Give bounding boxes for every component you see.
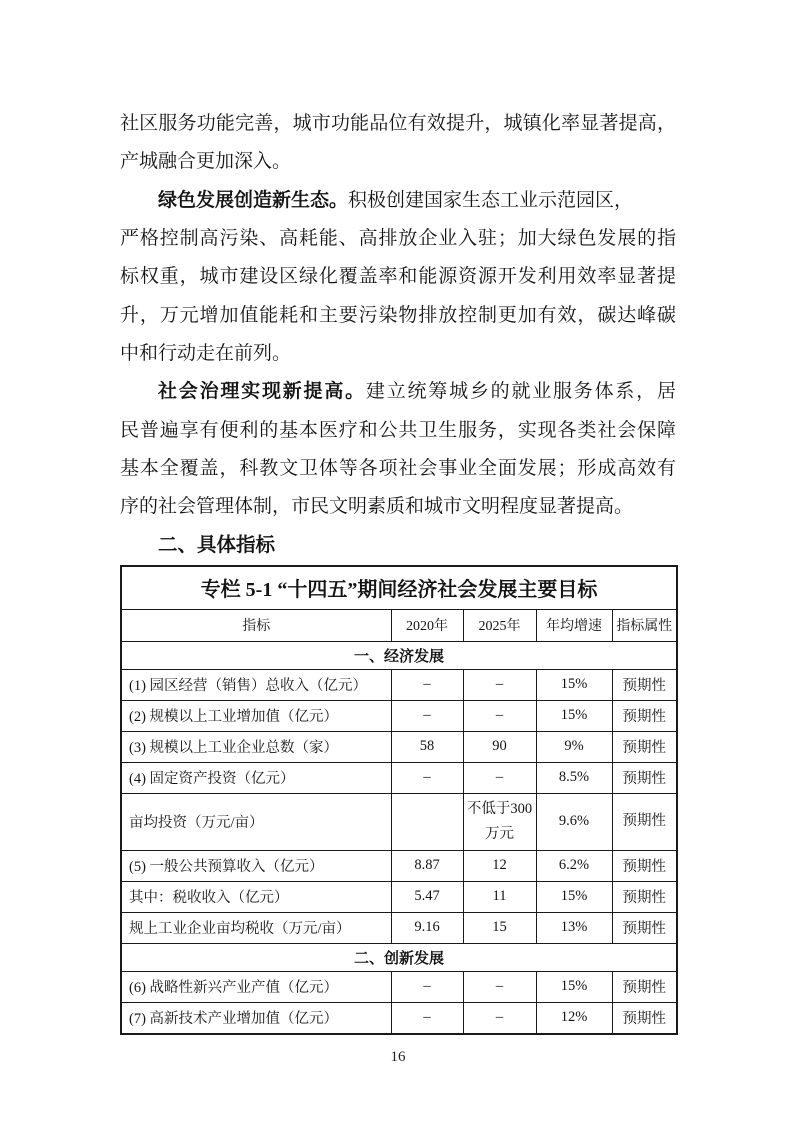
column-header-2020: 2020年 [391,609,463,641]
indicator-cell: (2) 规模以上工业增加值（亿元） [121,700,391,731]
indicator-cell: (4) 固定资产投资（亿元） [121,762,391,793]
table-row: (4) 固定资产投资（亿元） – – 8.5% 预期性 [121,762,677,793]
paragraph-text: 积极创建国家生态工业示范园区， [348,190,633,211]
indicator-cell: (1) 园区经营（销售）总收入（亿元） [121,669,391,700]
value-2025-cell: 11 [463,881,536,912]
table-title-row: 专栏 5-1 “十四五”期间经济社会发展主要目标 [121,566,677,610]
document-page: { "paragraphs": [ { "lines": [ "社区服务功能完善… [0,0,793,1122]
indicator-cell: 其中：税收收入（亿元） [121,881,391,912]
table-title: 专栏 5-1 “十四五”期间经济社会发展主要目标 [121,566,677,610]
text-line: 中和行动走在前列。 [120,335,676,373]
column-header-2025: 2025年 [463,609,536,641]
attribute-cell: 预期性 [612,881,677,912]
growth-cell: 9% [536,731,612,762]
value-2025-cell: 15 [463,912,536,943]
table-section-row: 一、经济发展 [121,641,677,669]
value-2020-cell: 58 [391,731,463,762]
text-line: 产城融合更加深入。 [120,143,676,181]
value-2020-cell: 5.47 [391,881,463,912]
attribute-cell: 预期性 [612,731,677,762]
paragraph-lead: 绿色发展创造新生态。 [158,190,348,211]
growth-cell: 12% [536,1002,612,1034]
column-header-growth: 年均增速 [536,609,612,641]
value-2020-cell: – [391,700,463,731]
text-line: 社区服务功能完善，城市功能品位有效提升，城镇化率显著提高， [120,105,676,143]
indicator-cell: 亩均投资（万元/亩） [121,793,391,850]
value-2025-cell: – [463,762,536,793]
table-row: 亩均投资（万元/亩） 不低于300万元 9.6% 预期性 [121,793,677,850]
attribute-cell: 预期性 [612,971,677,1002]
indicator-cell: 规上工业企业亩均税收（万元/亩） [121,912,391,943]
value-2025-cell: – [463,700,536,731]
value-2020-cell [391,793,463,850]
indicators-table: 专栏 5-1 “十四五”期间经济社会发展主要目标 指标 2020年 2025年 … [120,565,678,1035]
growth-cell: 15% [536,971,612,1002]
section-label: 一、经济发展 [121,641,677,669]
column-header-attr: 指标属性 [612,609,677,641]
growth-cell: 8.5% [536,762,612,793]
table-section-row: 二、创新发展 [121,943,677,971]
text-line: 严格控制高污染、高耗能、高排放企业入驻；加大绿色发展的指 [120,220,676,258]
text-line: 升，万元增加值能耗和主要污染物排放控制更加有效，碳达峰碳 [120,297,676,335]
growth-cell: 15% [536,881,612,912]
attribute-cell: 预期性 [612,762,677,793]
text-line: 基本全覆盖，科教文卫体等各项社会事业全面发展；形成高效有 [120,450,676,488]
paragraph-text: 建立统筹城乡的就业服务体系，居 [366,381,676,402]
growth-cell: 9.6% [536,793,612,850]
indicator-cell: (5) 一般公共预算收入（亿元） [121,850,391,881]
attribute-cell: 预期性 [612,793,677,850]
table-row: (3) 规模以上工业企业总数（家） 58 90 9% 预期性 [121,731,677,762]
growth-cell: 15% [536,700,612,731]
attribute-cell: 预期性 [612,669,677,700]
page-number: 16 [120,1049,676,1066]
value-2025-cell: 不低于300万元 [463,793,536,850]
attribute-cell: 预期性 [612,700,677,731]
value-2020-cell: 9.16 [391,912,463,943]
table-row: (7) 高新技术产业增加值（亿元） – – 12% 预期性 [121,1002,677,1034]
attribute-cell: 预期性 [612,850,677,881]
value-2025-cell: – [463,971,536,1002]
body-text-block: 社区服务功能完善，城市功能品位有效提升，城镇化率显著提高， 产城融合更加深入。 … [0,0,793,565]
value-2025-cell: – [463,669,536,700]
value-2025-cell: – [463,1002,536,1034]
text-line: 序的社会管理体制，市民文明素质和城市文明程度显著提高。 [120,488,676,526]
section-label: 二、创新发展 [121,943,677,971]
table-row: 规上工业企业亩均税收（万元/亩） 9.16 15 13% 预期性 [121,912,677,943]
text-line: 民普遍享有便利的基本医疗和公共卫生服务，实现各类社会保障 [120,412,676,450]
table-row: (1) 园区经营（销售）总收入（亿元） – – 15% 预期性 [121,669,677,700]
value-2025-cell: 12 [463,850,536,881]
indicator-cell: (7) 高新技术产业增加值（亿元） [121,1002,391,1034]
attribute-cell: 预期性 [612,1002,677,1034]
growth-cell: 13% [536,912,612,943]
value-2020-cell: – [391,1002,463,1034]
value-2020-cell: – [391,762,463,793]
growth-cell: 15% [536,669,612,700]
section-heading-text: 二、具体指标 [158,535,275,556]
value-2020-cell: 8.87 [391,850,463,881]
table-row: (2) 规模以上工业增加值（亿元） – – 15% 预期性 [121,700,677,731]
growth-cell: 6.2% [536,850,612,881]
text-line: 社会治理实现新提高。建立统筹城乡的就业服务体系，居 [120,373,676,411]
attribute-cell: 预期性 [612,912,677,943]
text-line: 标权重，城市建设区绿化覆盖率和能源资源开发利用效率显著提 [120,258,676,296]
value-2020-cell: – [391,971,463,1002]
table-row: (6) 战略性新兴产业产值（亿元） – – 15% 预期性 [121,971,677,1002]
text-line: 绿色发展创造新生态。积极创建国家生态工业示范园区， [120,182,676,220]
paragraph-lead: 社会治理实现新提高。 [158,381,366,402]
value-2025-cell: 90 [463,731,536,762]
table-row: 其中：税收收入（亿元） 5.47 11 15% 预期性 [121,881,677,912]
table-row: (5) 一般公共预算收入（亿元） 8.87 12 6.2% 预期性 [121,850,677,881]
column-header-indicator: 指标 [121,609,391,641]
indicator-cell: (6) 战略性新兴产业产值（亿元） [121,971,391,1002]
section-heading: 二、具体指标 [120,527,676,565]
indicator-cell: (3) 规模以上工业企业总数（家） [121,731,391,762]
table-header-row: 指标 2020年 2025年 年均增速 指标属性 [121,609,677,641]
value-2020-cell: – [391,669,463,700]
